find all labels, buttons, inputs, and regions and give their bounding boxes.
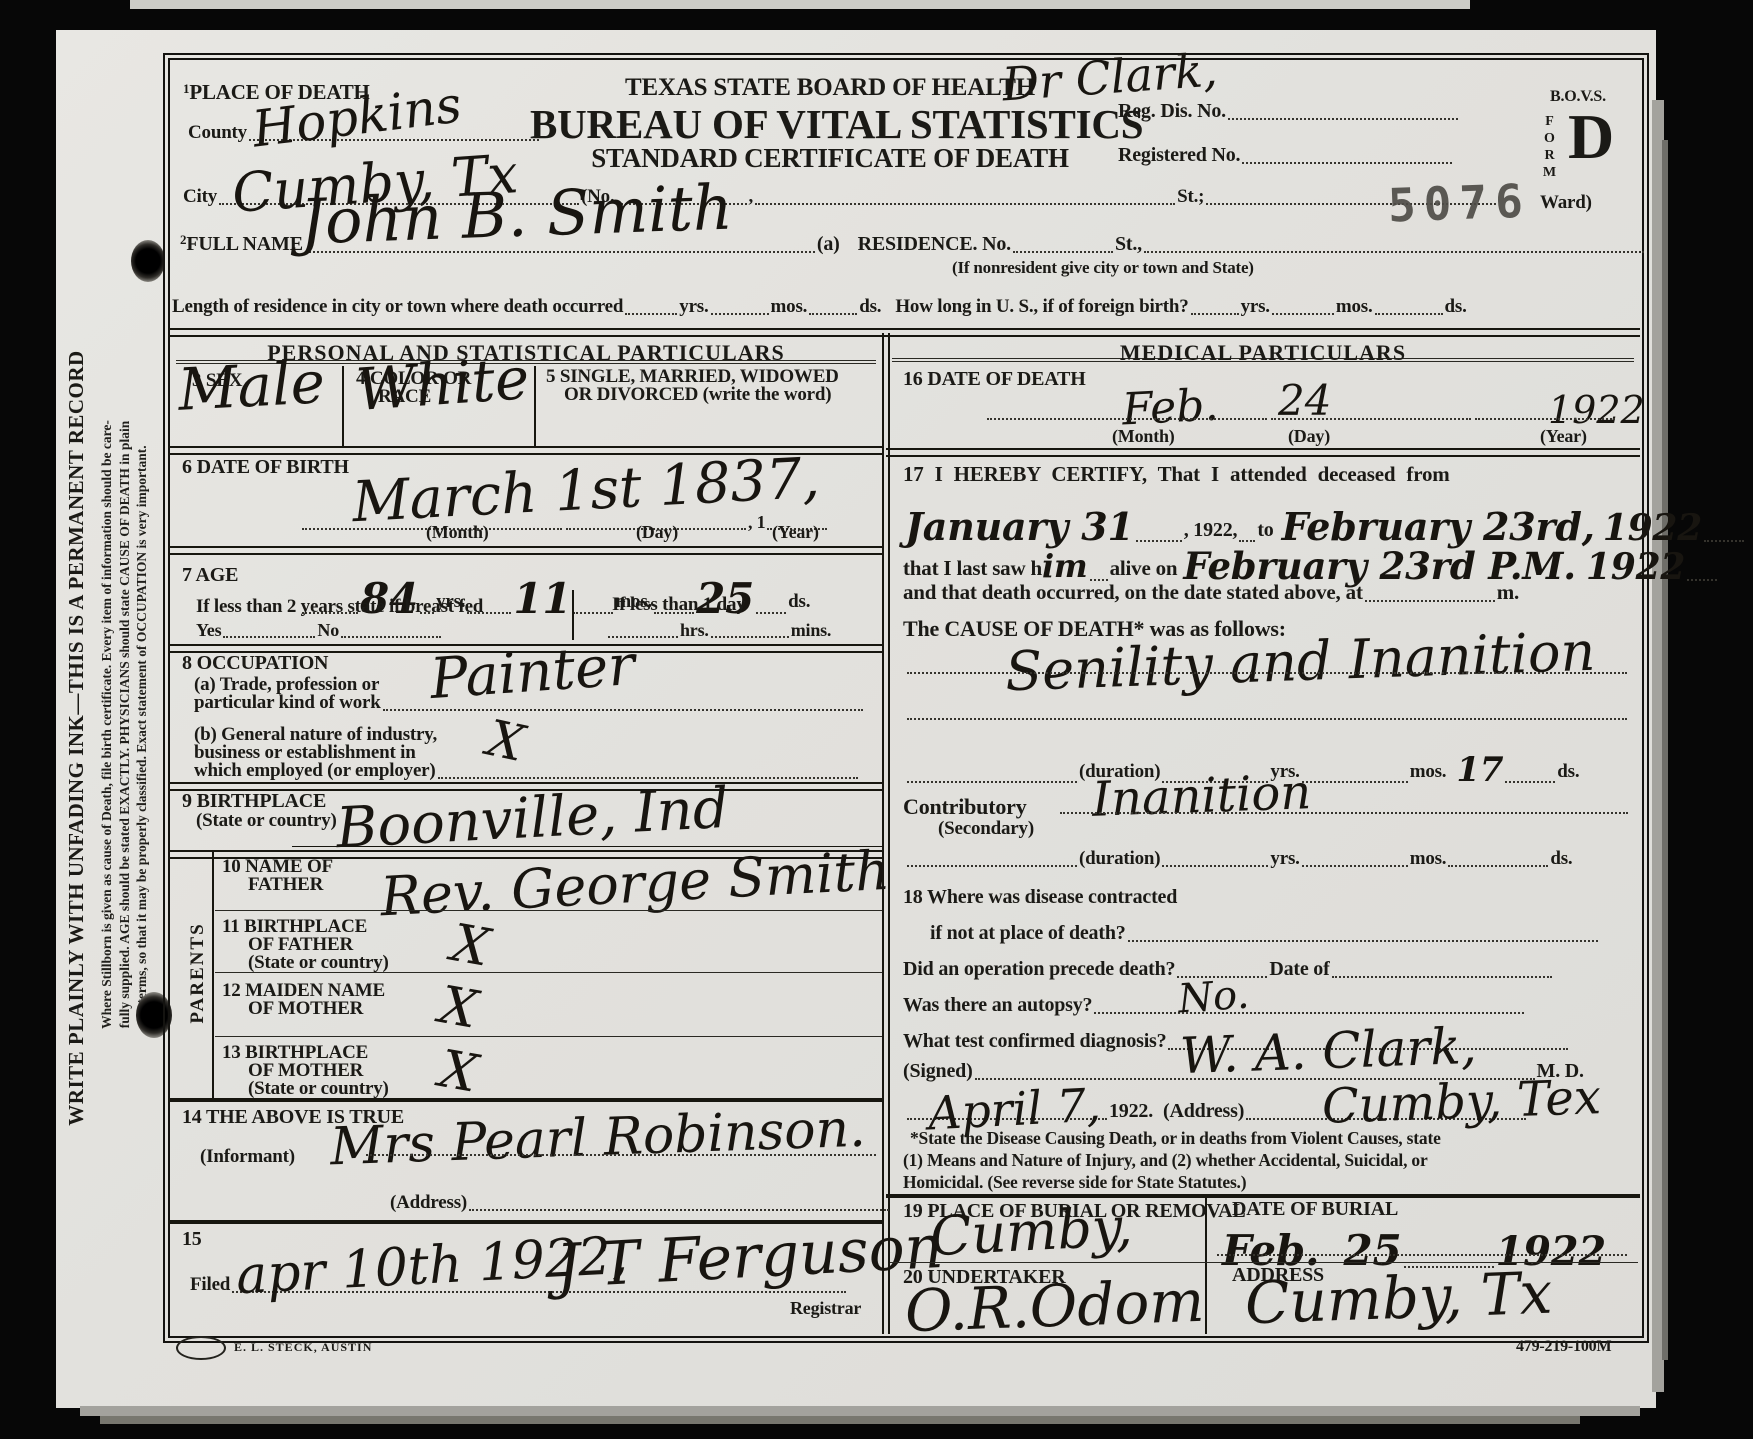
page-stack-bottom-edge (80, 1406, 1640, 1416)
informant-ruling (364, 1150, 878, 1159)
dod-day-label: (Day) (1288, 426, 1330, 447)
dod-ruling (985, 414, 1617, 423)
length-ds: ds. (859, 296, 881, 318)
date-of-death-label: 16 DATE OF DEATH (903, 368, 1086, 391)
autopsy-answer-handwriting: No. (1176, 972, 1250, 1023)
margin-headline: WRITE PLAINLY WITH UNFADING INK—THIS IS … (64, 228, 89, 1248)
parents-vertical-label: PARENTS (187, 913, 209, 1033)
mother-name-row-rule (215, 1036, 882, 1037)
undertaker-address-handwriting: Cumby, Tx (1244, 1259, 1553, 1338)
page-stack-bottom-edge2 (100, 1416, 1580, 1424)
length-label: Length of residence in city or town wher… (172, 296, 623, 318)
duration2-yrs-label: yrs. (1270, 848, 1299, 870)
undertaker-handwriting: O.R.Odom (904, 1267, 1205, 1345)
signed-year-label: 1922. (1109, 1100, 1153, 1123)
header-bottom-rule (168, 328, 1640, 337)
contributory-handwriting: Inanition (1091, 764, 1312, 828)
printer-seal-icon (176, 1336, 226, 1360)
lessday-label: If less than 1 day (612, 594, 746, 616)
dob-month-label: (Month) (426, 522, 489, 543)
duration-mos-label: mos. (1410, 761, 1447, 783)
length-mos: mos. (771, 296, 808, 318)
hrs-label: hrs. (680, 620, 709, 641)
comma-label: , (749, 186, 754, 208)
burial-place-handwriting: Cumby, (928, 1195, 1133, 1269)
duration2-label: (duration) (1079, 848, 1160, 870)
father-bp-row-rule (215, 972, 882, 973)
not-at-place-line: if not at place of death? (930, 922, 1600, 945)
age-months-handwriting: 11 (513, 574, 571, 623)
duration2-ds-label: ds. (1550, 848, 1572, 870)
filed-section-number: 15 (182, 1228, 202, 1251)
scan-top-sliver (130, 0, 1470, 9)
not-at-place-label: if not at place of death? (930, 922, 1126, 945)
column-divider (882, 333, 890, 1334)
age-ds-label: ds. (788, 591, 810, 613)
occurred-label: and that death occurred, on the date sta… (903, 580, 1363, 605)
hrs-mins-line: hrs. mins. (606, 620, 831, 641)
yes-label: Yes (196, 620, 221, 641)
mother-name-label2: OF MOTHER (248, 998, 363, 1020)
occupation-a-label2: particular kind of work (194, 692, 381, 714)
occurred-m-label: m. (1497, 580, 1519, 605)
burial-date-label: DATE OF BURIAL (1232, 1198, 1398, 1221)
full-name-handwriting: John B. Smith (299, 170, 734, 258)
disease-contracted-label: 18 Where was disease contracted (903, 886, 1177, 909)
registrar-label: Registrar (790, 1298, 861, 1319)
lastsaw-year-handwriting: 1922 (1586, 546, 1685, 588)
lastsaw-mid-label: alive on (1110, 556, 1178, 581)
age-sub-divider (572, 590, 574, 640)
mins-label: mins. (791, 620, 832, 641)
attended-dates-line: January 31 , 1922, to February 23rd, 192… (905, 500, 1746, 545)
dob-ruling-line: , 1 (300, 512, 829, 533)
contributory-duration-line: (duration) yrs. mos. ds. (905, 848, 1572, 870)
mother-bp-label3: (State or country) (248, 1078, 389, 1100)
certificate-title: STANDARD CERTIFICATE OF DEATH (550, 143, 1110, 174)
fullname-heading: 2FULL NAME (180, 232, 303, 256)
st-semicolon-label: St.; (1177, 186, 1204, 208)
a-label: (a) (817, 233, 840, 256)
father-bp-label3: (State or country) (248, 952, 389, 974)
medical-section-header: MEDICAL PARTICULARS (892, 340, 1634, 366)
attended-year1-label: , 1922, (1184, 519, 1238, 542)
city-label: City (183, 186, 217, 208)
signed-address-label: (Address) (1163, 1100, 1244, 1123)
parents-gutter-line (212, 852, 214, 1098)
punch-hole-top (131, 240, 165, 282)
color-handwriting: White (354, 344, 531, 424)
printer-imprint: E. L. STECK, AUSTIN (234, 1340, 372, 1355)
registered-no-line: Registered No. (1118, 144, 1454, 167)
breastfed-label: If less than 2 years state if breast fed (196, 596, 483, 618)
dod-row-rule (886, 448, 1640, 457)
duration-ds-label: ds. (1557, 761, 1579, 783)
sex-handwriting: Male (176, 348, 326, 424)
residence-label: RESIDENCE. No. (858, 233, 1011, 256)
no-label: No (317, 620, 339, 641)
footnote-line3: Homicidal. (See reverse side for State S… (903, 1172, 1246, 1193)
informant-address-line: (Address) (390, 1192, 891, 1214)
last-saw-line: that I last saw h im alive on February 2… (903, 540, 1719, 584)
footnote-line2: (1) Means and Nature of Injury, and (2) … (903, 1150, 1428, 1171)
signed-address-handwriting: Cumby, Tex (1321, 1069, 1602, 1135)
reg-dis-no-label: Reg. Dis. No. (1118, 100, 1226, 123)
occupation-label: 8 OCCUPATION (182, 652, 328, 675)
father-row-rule (215, 910, 882, 911)
dod-year-label: (Year) (1540, 426, 1587, 447)
duration2-mos-label: mos. (1410, 848, 1447, 870)
contributory-label: Contributory (903, 794, 1027, 820)
test-label: What test confirmed diagnosis? (903, 1030, 1166, 1053)
father-name-label2: FATHER (248, 874, 323, 896)
howlong-ds: ds. (1445, 296, 1467, 318)
dob-label: 6 DATE OF BIRTH (182, 456, 349, 479)
howlong-yrs: yrs. (1241, 296, 1270, 318)
dod-month-label: (Month) (1112, 426, 1175, 447)
cause-ruling2 (905, 714, 1629, 723)
autopsy-label: Was there an autopsy? (903, 994, 1092, 1017)
death-occurred-line: and that death occurred, on the date sta… (903, 580, 1519, 605)
print-code: 479-219-100M (1516, 1338, 1611, 1356)
age-label: 7 AGE (182, 564, 238, 587)
st2-label: St., (1115, 233, 1142, 256)
registered-number-stamp: 5076 (1387, 174, 1532, 233)
birthplace-sub-label: (State or country) (196, 810, 337, 832)
occupation-b-label3: which employed (or employer) (194, 760, 436, 782)
fullname-label: FULL NAME (186, 233, 303, 255)
dob-day-label: (Day) (636, 522, 678, 543)
secondary-label: (Secondary) (938, 818, 1034, 840)
form-letter-d: D (1568, 100, 1614, 174)
duration-days-handwriting: 17 (1456, 750, 1503, 790)
marital-label-line2: OR DIVORCED (write the word) (564, 384, 831, 406)
dob-year-label: (Year) (772, 522, 819, 543)
operation-label: Did an operation precede death? (903, 958, 1175, 981)
filed-label: Filed (190, 1274, 230, 1296)
reg-dis-no-line: Reg. Dis. No. (1118, 100, 1460, 123)
ward-label: Ward) (1540, 192, 1592, 214)
cause-ruling1 (905, 668, 1629, 677)
dob-row-rule (168, 546, 882, 555)
sex-color-divider (342, 366, 344, 448)
howlong-mos: mos. (1336, 296, 1373, 318)
page-stack-right-edge2 (1662, 140, 1668, 1360)
occupation-b-line3: which employed (or employer) (194, 760, 860, 782)
margin-note-line1: Where Stillborn is given as cause of Dea… (98, 57, 116, 1392)
county-label: County (188, 122, 247, 144)
length-of-residence-line: Length of residence in city or town wher… (172, 296, 1467, 318)
form-word-vertical: FORM (1541, 114, 1557, 182)
color-marital-divider (534, 366, 536, 448)
dob-one-label: , 1 (748, 512, 765, 533)
burial-date-ruling (1215, 1250, 1629, 1259)
howlong-label: How long in U. S., if of foreign birth? (895, 296, 1188, 318)
signed-label: (Signed) (903, 1060, 973, 1083)
nonresident-note: (If nonresident give city or town and St… (952, 258, 1254, 278)
yes-no-line: Yes No (196, 620, 443, 641)
contributory-ruling (1058, 808, 1630, 817)
punch-hole-bottom (136, 992, 172, 1038)
informant-address-label: (Address) (390, 1192, 467, 1214)
registered-no-label: Registered No. (1118, 144, 1240, 167)
lastsaw-pre-label: that I last saw h (903, 556, 1042, 581)
date-of-label: Date of (1269, 958, 1329, 981)
attended-to-label: to (1257, 519, 1273, 542)
informant-label: (Informant) (200, 1146, 295, 1168)
length-yrs: yrs. (679, 296, 708, 318)
footnote-line1: *State the Disease Causing Death, or in … (910, 1128, 1441, 1149)
certify-statement: 17 I HEREBY CERTIFY, That I attended dec… (903, 462, 1450, 487)
